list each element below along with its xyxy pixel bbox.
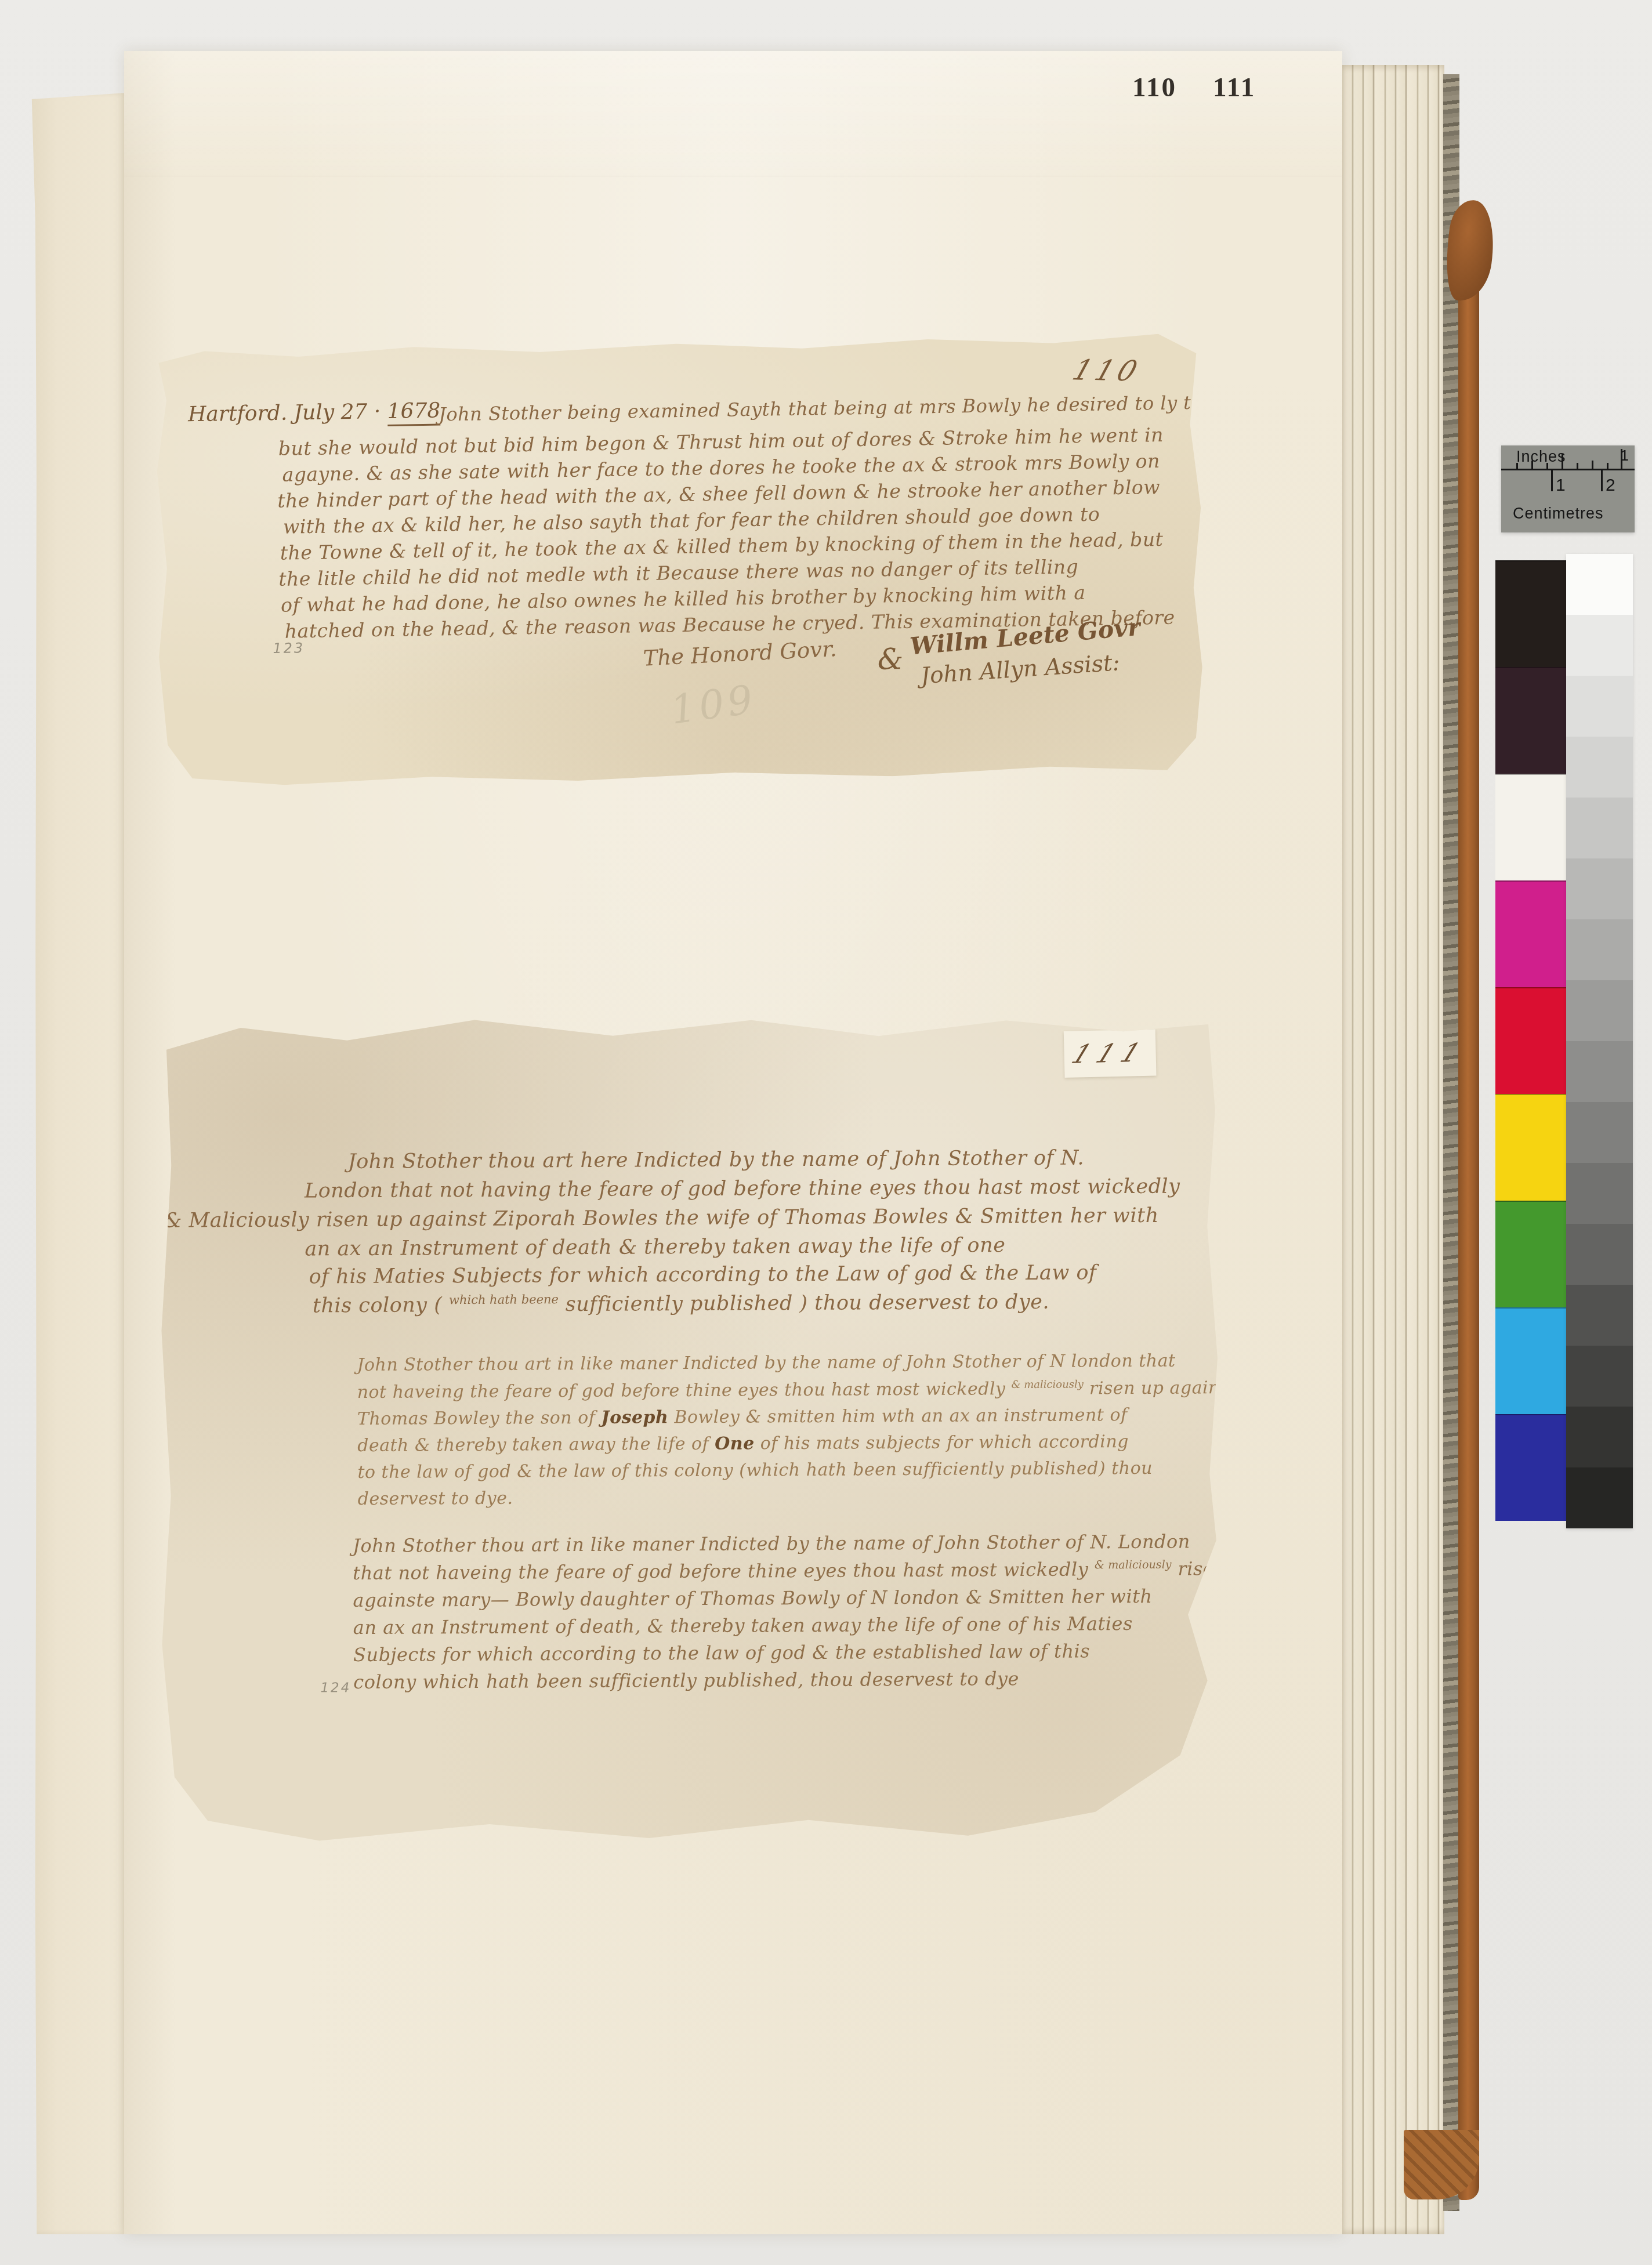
line-segment: of his mats subjects for which according [755, 1432, 1129, 1454]
color-patch [1495, 560, 1566, 667]
gray-step [1566, 1285, 1633, 1346]
color-patch [1495, 880, 1566, 987]
color-calibration-column [1495, 560, 1566, 1521]
color-patch [1495, 774, 1566, 880]
manuscript-line: John Stother thou art in like maner Indi… [353, 1530, 1190, 1557]
gray-step [1566, 858, 1633, 919]
manuscript-line: an ax an Instrument of death & thereby t… [305, 1234, 1005, 1260]
manuscript-line: death & thereby taken away the life of O… [357, 1432, 1129, 1456]
ruler-tick [1592, 461, 1593, 469]
attestation-text: The Honord Govr. [643, 636, 838, 671]
left-page-edge [28, 93, 126, 2234]
line-segment: Thomas Bowley the son of [357, 1408, 602, 1429]
printed-folio-numbers: 110111 [1132, 72, 1292, 103]
manuscript-line: this colony ( which hath beene sufficien… [313, 1291, 1049, 1318]
manuscript-line: againste mary— Bowly daughter of Thomas … [353, 1585, 1152, 1611]
manuscript-line: London that not having the feare of god … [305, 1175, 1180, 1203]
gray-step [1566, 919, 1633, 980]
handwritten-doc-number: 110 [1068, 354, 1146, 388]
photo-stage: 110111 110 Hartford. July 27 · 1678 John… [0, 0, 1652, 2265]
manuscript-fragment-111: 111 John Stother thou art here Indicted … [155, 1011, 1223, 1843]
ruler-tick [1577, 463, 1578, 469]
gray-step [1566, 1163, 1633, 1224]
pencil-number: 123 [273, 640, 305, 657]
page-edge-stack [1342, 65, 1444, 2234]
dateline-year: 1678 [387, 398, 440, 426]
manuscript-line: Thomas Bowley the son of Joseph Bowley &… [357, 1405, 1128, 1429]
centimetres-label: Centimetres [1513, 505, 1604, 523]
gray-step [1566, 737, 1633, 798]
inches-label: Inches [1516, 448, 1566, 466]
color-patch [1495, 1201, 1566, 1307]
manuscript-line: John Stother thou art here Indicted by t… [347, 1146, 1084, 1173]
overwritten-name: Joseph [601, 1407, 668, 1428]
line-segment: this colony ( [313, 1293, 449, 1317]
gray-step [1566, 676, 1633, 737]
overwritten-word: One [715, 1433, 755, 1454]
manuscript-line: of his Maties Subjects for which accordi… [309, 1261, 1097, 1288]
handwritten-doc-number: 111 [1067, 1038, 1153, 1069]
gray-step [1566, 1041, 1633, 1102]
manuscript-body: but she would not but bid him begon & Th… [278, 423, 1172, 646]
gray-step [1566, 1467, 1633, 1528]
line-segment: death & thereby taken away the life of [357, 1434, 715, 1456]
manuscript-line: an ax an Instrument of death, & thereby … [353, 1612, 1133, 1639]
marbled-fore-edge [1443, 74, 1459, 2211]
manuscript-line: John Stother thou art in like maner Indi… [357, 1351, 1175, 1375]
gray-step [1566, 1102, 1633, 1163]
manuscript-line: Subjects for which according to the law … [353, 1640, 1090, 1666]
pencil-number: 124 [320, 1680, 351, 1695]
ruler-tick [1516, 463, 1518, 469]
gray-step [1566, 554, 1633, 615]
gray-step [1566, 1224, 1633, 1285]
dateline: Hartford. July 27 · 1678 [188, 398, 441, 426]
grayscale-calibration-column [1566, 554, 1633, 1528]
ruler-tick [1531, 461, 1533, 469]
color-patch [1495, 987, 1566, 1094]
cm-tick [1551, 470, 1553, 491]
ruler-tick [1562, 454, 1563, 469]
leather-cover-edge [1458, 223, 1479, 2200]
gray-step [1566, 615, 1633, 676]
ruler-tick [1607, 463, 1608, 469]
color-patch [1495, 1094, 1566, 1201]
ruler-tick [1621, 449, 1622, 469]
ruler-tick [1546, 463, 1548, 469]
folio-number-111: 111 [1213, 73, 1256, 103]
manuscript-line: & Maliciously risen up against Ziporah B… [164, 1204, 1159, 1233]
manuscript-line: that not haveing the feare of god before… [353, 1557, 1257, 1584]
color-patch [1495, 1307, 1566, 1414]
folio-number-110: 110 [1132, 73, 1177, 103]
color-patch [1495, 667, 1566, 774]
line-segment: sufficiently published ) thou deservest … [559, 1291, 1049, 1316]
scale-card: Inches 1 1 2 Centimetres [1501, 445, 1635, 532]
cm-tick-label: 1 [1556, 476, 1566, 495]
gray-step [1566, 798, 1633, 858]
manuscript-fragment-110: 110 Hartford. July 27 · 1678 John Stothe… [152, 331, 1207, 789]
manuscript-line: to the law of god & the law of this colo… [357, 1458, 1153, 1483]
cm-tick [1601, 470, 1603, 491]
interlinear-insert: & maliciously [1011, 1378, 1084, 1391]
doc-number-label: 111 [1064, 1029, 1157, 1078]
line-segment: not haveing the feare of god before thin… [357, 1379, 1012, 1403]
ruler-baseline [1501, 469, 1635, 470]
manuscript-line: John Stother being examined Sayth that b… [439, 391, 1236, 426]
attestation-ampersand: & [877, 642, 903, 676]
manuscript-line: colony which hath been sufficiently publ… [353, 1668, 1019, 1693]
line-segment: that not haveing the feare of god before… [353, 1558, 1095, 1584]
page-top-band [124, 51, 1342, 176]
cm-tick-label: 2 [1606, 476, 1615, 495]
faint-pencil-number: 109 [668, 676, 759, 734]
interlinear-insert: & maliciously [1095, 1558, 1172, 1572]
gray-step [1566, 1346, 1633, 1407]
gray-step [1566, 1407, 1633, 1467]
interlinear-insert: which hath beene [449, 1292, 559, 1307]
gray-step [1566, 980, 1633, 1041]
color-patch [1495, 1414, 1566, 1521]
line-segment: Bowley & smitten him wth an ax an instru… [668, 1405, 1127, 1427]
manuscript-line: not haveing the feare of god before thin… [357, 1378, 1247, 1403]
manuscript-line: deservest to dye. [358, 1488, 513, 1509]
dateline-place: Hartford. July 27 · [188, 400, 387, 426]
